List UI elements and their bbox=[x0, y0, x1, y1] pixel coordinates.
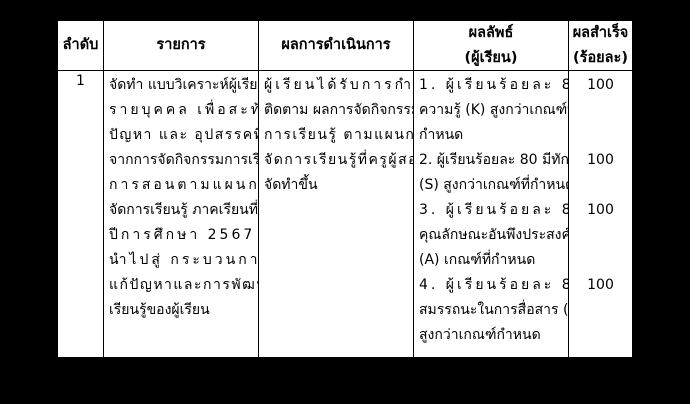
text-line: ติดตาม ผลการจัดกิจกรรม bbox=[264, 98, 409, 123]
text-line: (S) สูงกว่าเกณฑ์ที่กำหนด bbox=[419, 173, 564, 198]
header-order: ลำดับ bbox=[58, 21, 103, 71]
cell-learner-outcomes: 1. ผู้เรียนร้อยละ 80 มีความรู้ (K) สูงกว… bbox=[413, 71, 568, 357]
text-line: การเรียนรู้ ตามแผนการ bbox=[264, 123, 409, 148]
text-line: สูงกว่าเกณฑ์กำหนด bbox=[419, 323, 564, 348]
document-page: ลำดับ รายการ ผลการดำเนินการ ผลลัพธ์(ผู้เ… bbox=[0, 0, 690, 404]
cell-operation-result: ผู้เรียนได้รับการกำกับติดตาม ผลการจัดกิจ… bbox=[258, 71, 413, 357]
text-line: คุณลักษณะอันพึงประสงค์ bbox=[419, 223, 564, 248]
text-line: ลำดับ bbox=[63, 33, 99, 58]
text-line: 1. ผู้เรียนร้อยละ 80 มี bbox=[419, 73, 564, 98]
success-percentage-value: 100 bbox=[569, 273, 632, 298]
text-line: สมรรถนะในการสื่อสาร (C) bbox=[419, 298, 564, 323]
cell-order-number: 1 bbox=[58, 71, 103, 357]
text-line: (ร้อยละ) bbox=[573, 46, 628, 71]
text-line: กำหนด bbox=[419, 123, 564, 148]
text-line: ปีการศึกษา 2567 เพื่อ bbox=[109, 223, 254, 248]
text-line: ผลการดำเนินการ bbox=[281, 33, 390, 58]
header-operation-result: ผลการดำเนินการ bbox=[258, 21, 413, 71]
success-percentage-value: 100 bbox=[569, 148, 632, 173]
cell-success-percentages: 100100100100 bbox=[568, 71, 632, 357]
text-line: 2. ผู้เรียนร้อยละ 80 มีทักษะ bbox=[419, 148, 564, 173]
text-line: 3. ผู้เรียนร้อยละ 80 มี bbox=[419, 198, 564, 223]
text-line: จากการจัดกิจกรรมการเรียน bbox=[109, 148, 254, 173]
text-line: (ผู้เรียน) bbox=[465, 46, 518, 71]
text-line: จัดการเรียนรู้ที่ครูผู้สอน bbox=[264, 148, 409, 173]
text-line: รายการ bbox=[156, 33, 205, 58]
results-table: ลำดับ รายการ ผลการดำเนินการ ผลลัพธ์(ผู้เ… bbox=[57, 20, 633, 359]
text-line: จัดทำขึ้น bbox=[264, 173, 409, 198]
cell-item-description: จัดทำ แบบวิเคราะห์ผู้เรียนรายบุคคล เพื่อ… bbox=[103, 71, 258, 357]
header-outcome-learners: ผลลัพธ์(ผู้เรียน) bbox=[413, 21, 568, 71]
text-line: ความรู้ (K) สูงกว่าเกณฑ์ที่ bbox=[419, 98, 564, 123]
text-line: ผู้เรียนได้รับการกำกับ bbox=[264, 73, 409, 98]
text-line: ผลลัพธ์ bbox=[469, 21, 514, 46]
text-line: นำไปสู่ กระบวนการ bbox=[109, 248, 254, 273]
header-item: รายการ bbox=[103, 21, 258, 71]
header-success-percent: ผลสำเร็จ(ร้อยละ) bbox=[568, 21, 632, 71]
text-line: จัดการเรียนรู้ ภาคเรียนที่ 1 bbox=[109, 198, 254, 223]
text-line: การสอนตามแผนการ bbox=[109, 173, 254, 198]
text-line: จัดทำ แบบวิเคราะห์ผู้เรียน bbox=[109, 73, 254, 98]
text-line: แก้ปัญหาและการพัฒนาการ bbox=[109, 273, 254, 298]
text-line: 4. ผู้เรียนร้อยละ 80 มี bbox=[419, 273, 564, 298]
text-line: ปัญหา และ อุปสรรคที่เกิด bbox=[109, 123, 254, 148]
success-percentage-value: 100 bbox=[569, 198, 632, 223]
success-percentage-value: 100 bbox=[569, 73, 632, 98]
text-line: (A) เกณฑ์ที่กำหนด bbox=[419, 248, 564, 273]
text-line: ผลสำเร็จ bbox=[573, 21, 629, 46]
text-line: เรียนรู้ของผู้เรียน bbox=[109, 298, 254, 323]
text-line: รายบุคคล เพื่อสะท้อน bbox=[109, 98, 254, 123]
